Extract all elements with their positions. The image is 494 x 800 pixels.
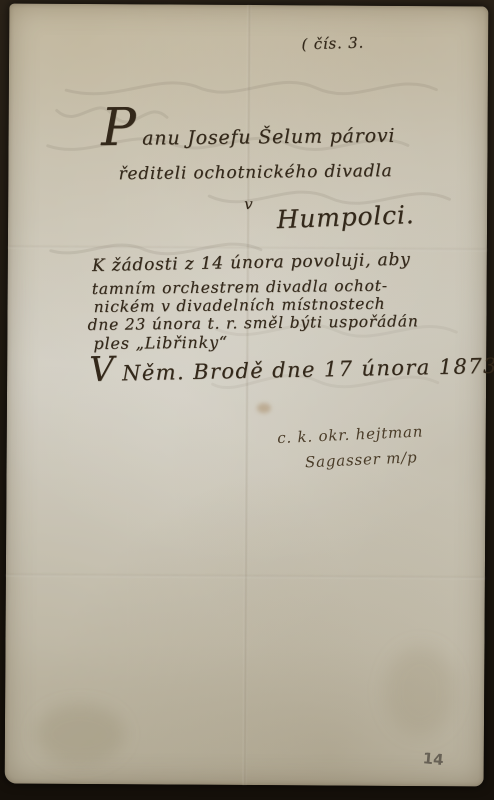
address-preposition: v xyxy=(244,195,253,213)
photo-frame: ( čís. 3. Panu Josefu Šelum párovi ředit… xyxy=(0,0,494,800)
document-page: ( čís. 3. Panu Josefu Šelum párovi ředit… xyxy=(5,4,489,787)
body-line-4: dne 23 února t. r. směl býti uspořádán xyxy=(87,312,418,334)
pencil-page-number: 14 xyxy=(422,749,444,769)
address-recipient-name: Panu Josefu Šelum párovi xyxy=(101,97,396,150)
signature-name: Sagasser m/p xyxy=(305,448,418,471)
address-place: Humpolci. xyxy=(276,200,415,234)
foxing-stain xyxy=(35,704,125,765)
address-recipient-role: řediteli ochotnického divadla xyxy=(118,161,392,184)
foxing-stain xyxy=(385,646,456,736)
document-number: ( čís. 3. xyxy=(301,34,364,54)
